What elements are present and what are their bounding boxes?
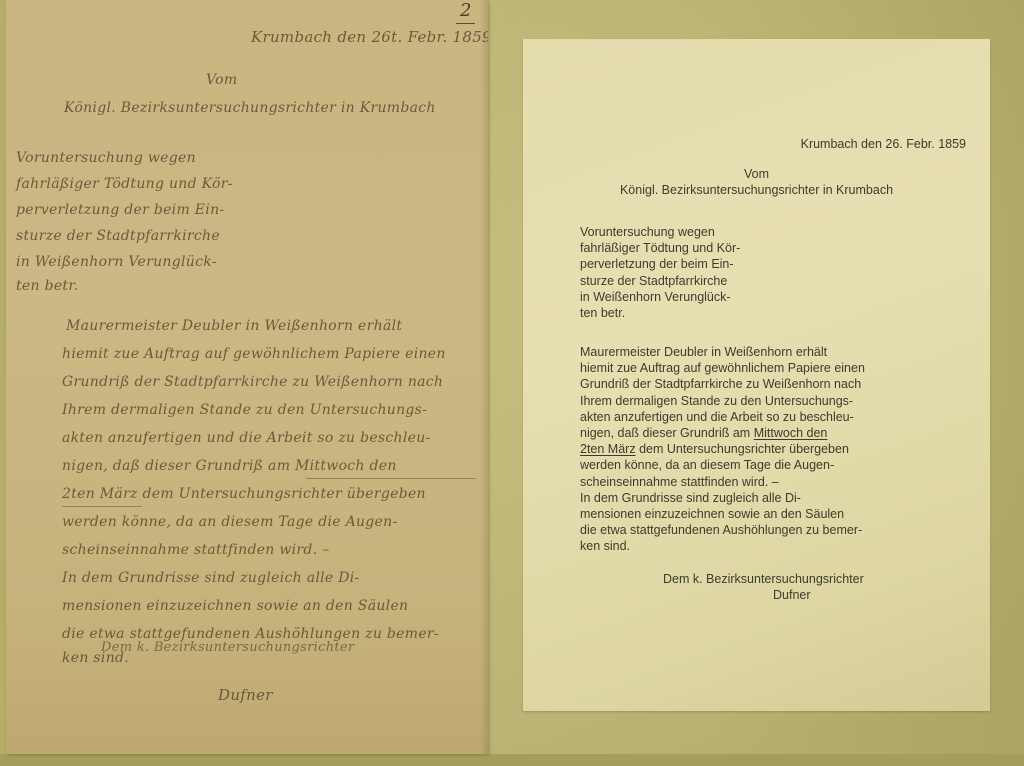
body-line: ken sind. — [580, 538, 865, 554]
handwritten-line: Voruntersuchung wegen — [16, 150, 196, 166]
letter-body: Maurermeister Deubler in Weißenhorn erhä… — [580, 344, 865, 555]
body-line: die etwa stattgefundenen Aushöhlungen zu… — [580, 522, 865, 538]
handwritten-line: Königl. Bezirksuntersuchungsrichter in K… — [64, 100, 436, 116]
handwritten-line: fahrläßiger Tödtung und Kör- — [16, 176, 233, 192]
sender-line: Vom — [523, 166, 990, 182]
letter-subject: Voruntersuchung wegen fahrläßiger Tödtun… — [580, 224, 740, 321]
body-text: nigen, daß dieser Grundriß am — [580, 426, 754, 440]
handwritten-line: akten anzufertigen und die Arbeit so zu … — [62, 430, 431, 446]
body-line: hiemit zue Auftrag auf gewöhnlichem Papi… — [580, 360, 865, 376]
handwritten-line: Vom — [206, 72, 237, 88]
display-case-edge — [0, 754, 1024, 766]
paper-edge-shadow — [480, 0, 488, 754]
subject-line: sturze der Stadtpfarrkirche — [580, 273, 740, 289]
sender-line: Königl. Bezirksuntersuchungsrichter in K… — [523, 182, 990, 198]
subject-line: fahrläßiger Tödtung und Kör- — [580, 240, 740, 256]
handwritten-letter: 2 Krumbach den 26t. Febr. 1859 Vom König… — [6, 0, 488, 754]
handwritten-line: perverletzung der beim Ein- — [16, 202, 224, 218]
underlined-date: 2ten März — [580, 442, 636, 456]
handwritten-line: Ihrem dermaligen Stande zu den Untersuch… — [62, 402, 427, 418]
body-line: Maurermeister Deubler in Weißenhorn erhä… — [580, 344, 865, 360]
handwritten-line: 2ten März dem Untersuchungsrichter überg… — [62, 486, 426, 502]
body-text: dem Untersuchungsrichter übergeben — [636, 442, 849, 456]
handwritten-underline — [62, 506, 142, 507]
handwritten-line: Grundriß der Stadtpfarrkirche zu Weißenh… — [62, 374, 443, 390]
handwritten-underline — [306, 478, 476, 479]
handwritten-line: scheinseinnahme stattfinden wird. – — [62, 542, 330, 558]
subject-line: ten betr. — [580, 305, 740, 321]
handwritten-line: mensionen einzuzeichnen sowie an den Säu… — [62, 598, 408, 614]
body-line: akten anzufertigen und die Arbeit so zu … — [580, 409, 865, 425]
handwritten-line: Maurermeister Deubler in Weißenhorn erhä… — [66, 318, 402, 334]
subject-line: Voruntersuchung wegen — [580, 224, 740, 240]
handwritten-line: nigen, daß dieser Grundriß am Mittwoch d… — [62, 458, 397, 474]
letter-date: Krumbach den 26. Febr. 1859 — [801, 136, 966, 152]
body-line: 2ten März dem Untersuchungsrichter überg… — [580, 441, 865, 457]
handwritten-line: sturze der Stadtpfarrkirche — [16, 228, 220, 244]
subject-line: perverletzung der beim Ein- — [580, 256, 740, 272]
signature-name: Dufner — [663, 587, 864, 603]
handwritten-signature: Dufner — [218, 686, 273, 704]
body-line: scheinseinnahme stattfinden wird. – — [580, 474, 865, 490]
subject-line: in Weißenhorn Verunglück- — [580, 289, 740, 305]
body-line: mensionen einzuzeichnen sowie an den Säu… — [580, 506, 865, 522]
handwritten-date: Krumbach den 26t. Febr. 1859 — [251, 28, 488, 46]
body-line: Grundriß der Stadtpfarrkirche zu Weißenh… — [580, 376, 865, 392]
signature-title: Dem k. Bezirksuntersuchungsrichter — [663, 571, 864, 587]
handwritten-line: werden könne, da an diesem Tage die Auge… — [62, 514, 398, 530]
handwritten-line: in Weißenhorn Verunglück- — [16, 254, 217, 270]
body-line: In dem Grundrisse sind zugleich alle Di- — [580, 490, 865, 506]
body-line: werden könne, da an diesem Tage die Auge… — [580, 457, 865, 473]
letter-sender: Vom Königl. Bezirksuntersuchungsrichter … — [523, 166, 990, 198]
handwritten-line: In dem Grundrisse sind zugleich alle Di- — [62, 570, 360, 586]
body-line: Ihrem dermaligen Stande zu den Untersuch… — [580, 393, 865, 409]
handwritten-signature-title: Dem k. Bezirksuntersuchungsrichter — [101, 640, 354, 655]
typed-transcription: Krumbach den 26. Febr. 1859 Vom Königl. … — [523, 39, 990, 711]
page-number: 2 — [456, 0, 475, 24]
letter-signature: Dem k. Bezirksuntersuchungsrichter Dufne… — [663, 571, 864, 603]
handwritten-line: ten betr. — [16, 278, 79, 294]
handwritten-line: hiemit zue Auftrag auf gewöhnlichem Papi… — [62, 346, 446, 362]
body-line: nigen, daß dieser Grundriß am Mittwoch d… — [580, 425, 865, 441]
underlined-date: Mittwoch den — [754, 426, 828, 440]
